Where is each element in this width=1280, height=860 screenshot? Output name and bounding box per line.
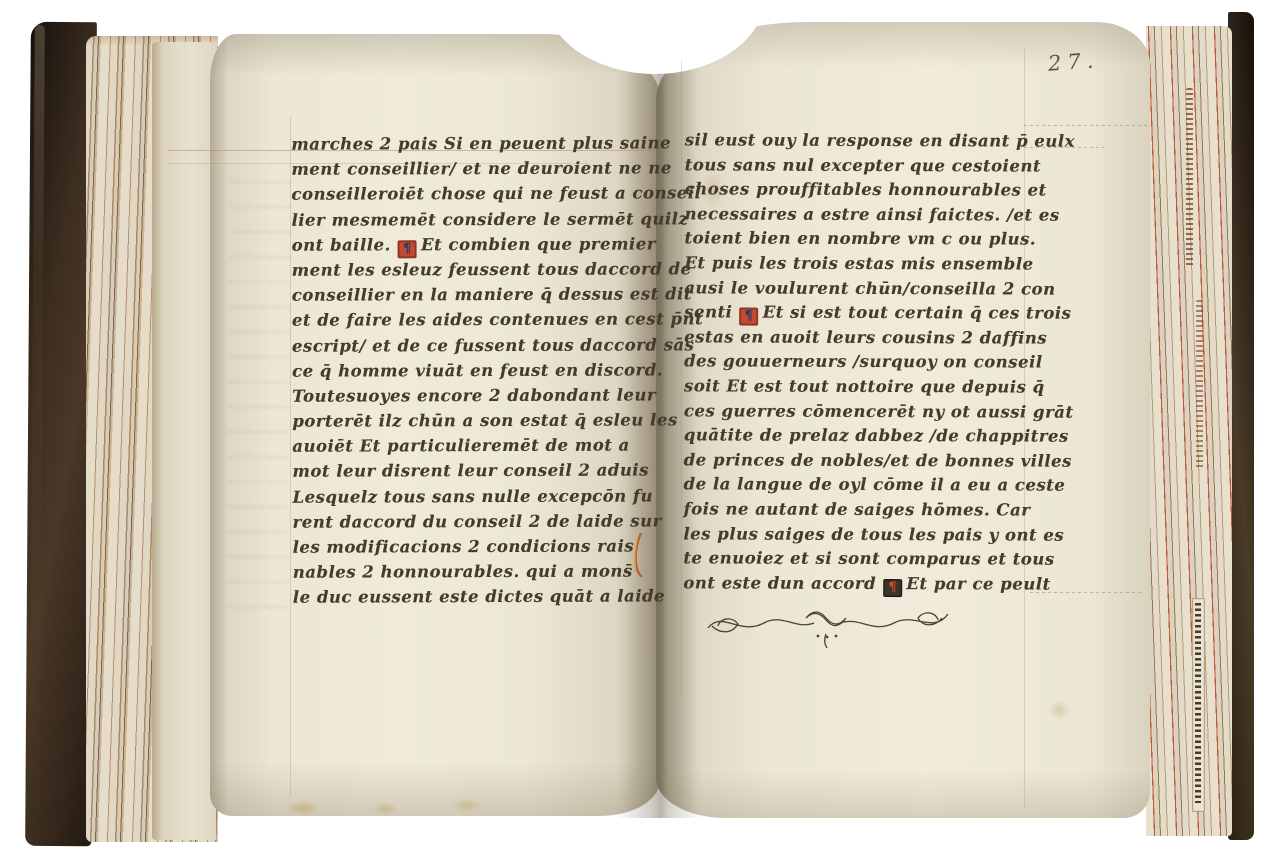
paraph-initial-icon: ¶: [398, 240, 417, 258]
manuscript-line: toient bien en nombre vm c ou plus.: [684, 227, 1074, 253]
folio-number: 27.: [1047, 48, 1100, 76]
stain: [372, 802, 398, 816]
manuscript-line: te enuoiez et si sont comparus et tous: [683, 546, 1073, 572]
manuscript-line: estas en auoit leurs cousins 2 daffins: [684, 325, 1074, 351]
manuscript-line: quātite de prelaz dabbez /de chappitres: [684, 423, 1074, 449]
fore-edge-marginalia: [1196, 300, 1203, 470]
manuscript-line: ce q̄ homme viuāt en feust en discord.: [292, 357, 703, 384]
pen-flourish-icon: [702, 596, 952, 654]
manuscript-line: porterēt ilz chūn a son estat q̄ esleu l…: [292, 407, 703, 434]
left-underleaf: [152, 42, 216, 840]
manuscript-line: tous sans nul excepter que cestoient: [685, 153, 1075, 179]
manuscript-line: de princes de nobles/et de bonnes villes: [684, 448, 1074, 474]
manuscript-photo: 27. marches 2 pais Si en peuent plus sai…: [0, 0, 1280, 860]
stain: [286, 800, 320, 816]
manuscript-line: marches 2 pais Si en peuent plus saine: [291, 130, 702, 157]
manuscript-line: ment conseillier/ et ne deuroient ne ne: [291, 155, 702, 182]
manuscript-line: Lesquelz tous sans nulle excepcōn fu: [292, 483, 703, 510]
manuscript-line: ont baille. ¶Et combien que premier: [292, 231, 703, 258]
paraph-initial-icon: ¶: [883, 579, 902, 597]
verso-show-through: [226, 180, 292, 631]
right-text-block: sil eust ouy la response en disant p̄ eu…: [683, 128, 1075, 597]
manuscript-line: necessaires a estre ainsi faictes. /et e…: [684, 202, 1074, 228]
manuscript-line: fois ne autant de saiges hōmes. Car: [683, 497, 1073, 523]
manuscript-line: conseillier en la maniere q̄ dessus est …: [292, 281, 703, 308]
manuscript-line: de la langue de oyl cōme il a eu a ceste: [684, 473, 1074, 499]
fore-edge-marginalia: [1186, 88, 1193, 268]
stain: [452, 798, 482, 813]
manuscript-line: ment les esleuz feussent tous daccord de: [292, 256, 703, 283]
manuscript-line: lier mesmemēt considere le sermēt quilz: [291, 206, 702, 233]
manuscript-line: senti ¶Et si est tout certain q̄ ces tro…: [684, 300, 1074, 326]
stain: [1048, 700, 1070, 720]
manuscript-line: conseilleroiēt chose qui ne feust a cons…: [291, 181, 702, 208]
manuscript-line: ont este dun accord ¶Et par ce peult: [683, 571, 1073, 597]
manuscript-line: et de faire les aides contenues en cest …: [292, 307, 703, 334]
ruling-line: [1024, 125, 1148, 126]
fore-edge-title-strip: [1192, 598, 1205, 812]
manuscript-line: choses prouffitables honnourables et: [685, 178, 1075, 204]
manuscript-line: des gouuerneurs /surquoy on conseil: [684, 350, 1074, 376]
manuscript-line: escript/ et de ce fussent tous daccord s…: [292, 332, 703, 359]
manuscript-line: les plus saiges de tous les pais y ont e…: [683, 522, 1073, 548]
manuscript-line: ces guerres cōmencerēt ny ot aussi grāt: [684, 399, 1074, 425]
manuscript-line: le duc eussent este dictes quāt a laide: [293, 584, 704, 611]
manuscript-line: Toutesuoyes encore 2 dabondant leur: [292, 382, 703, 409]
manuscript-line: soit Et est tout nottoire que depuis q̄: [684, 374, 1074, 400]
manuscript-line: ausi le voulurent chūn/conseilla 2 con: [684, 276, 1074, 302]
red-pen-descender-icon: [630, 531, 644, 579]
paraph-initial-icon: ¶: [740, 308, 759, 326]
manuscript-line: Et puis les trois estas mis ensemble: [684, 251, 1074, 277]
manuscript-line: auoiēt Et particulieremēt de mot a: [292, 433, 703, 460]
manuscript-line: mot leur disrent leur conseil 2 aduis: [292, 458, 703, 485]
manuscript-line: sil eust ouy la response en disant p̄ eu…: [685, 128, 1075, 154]
